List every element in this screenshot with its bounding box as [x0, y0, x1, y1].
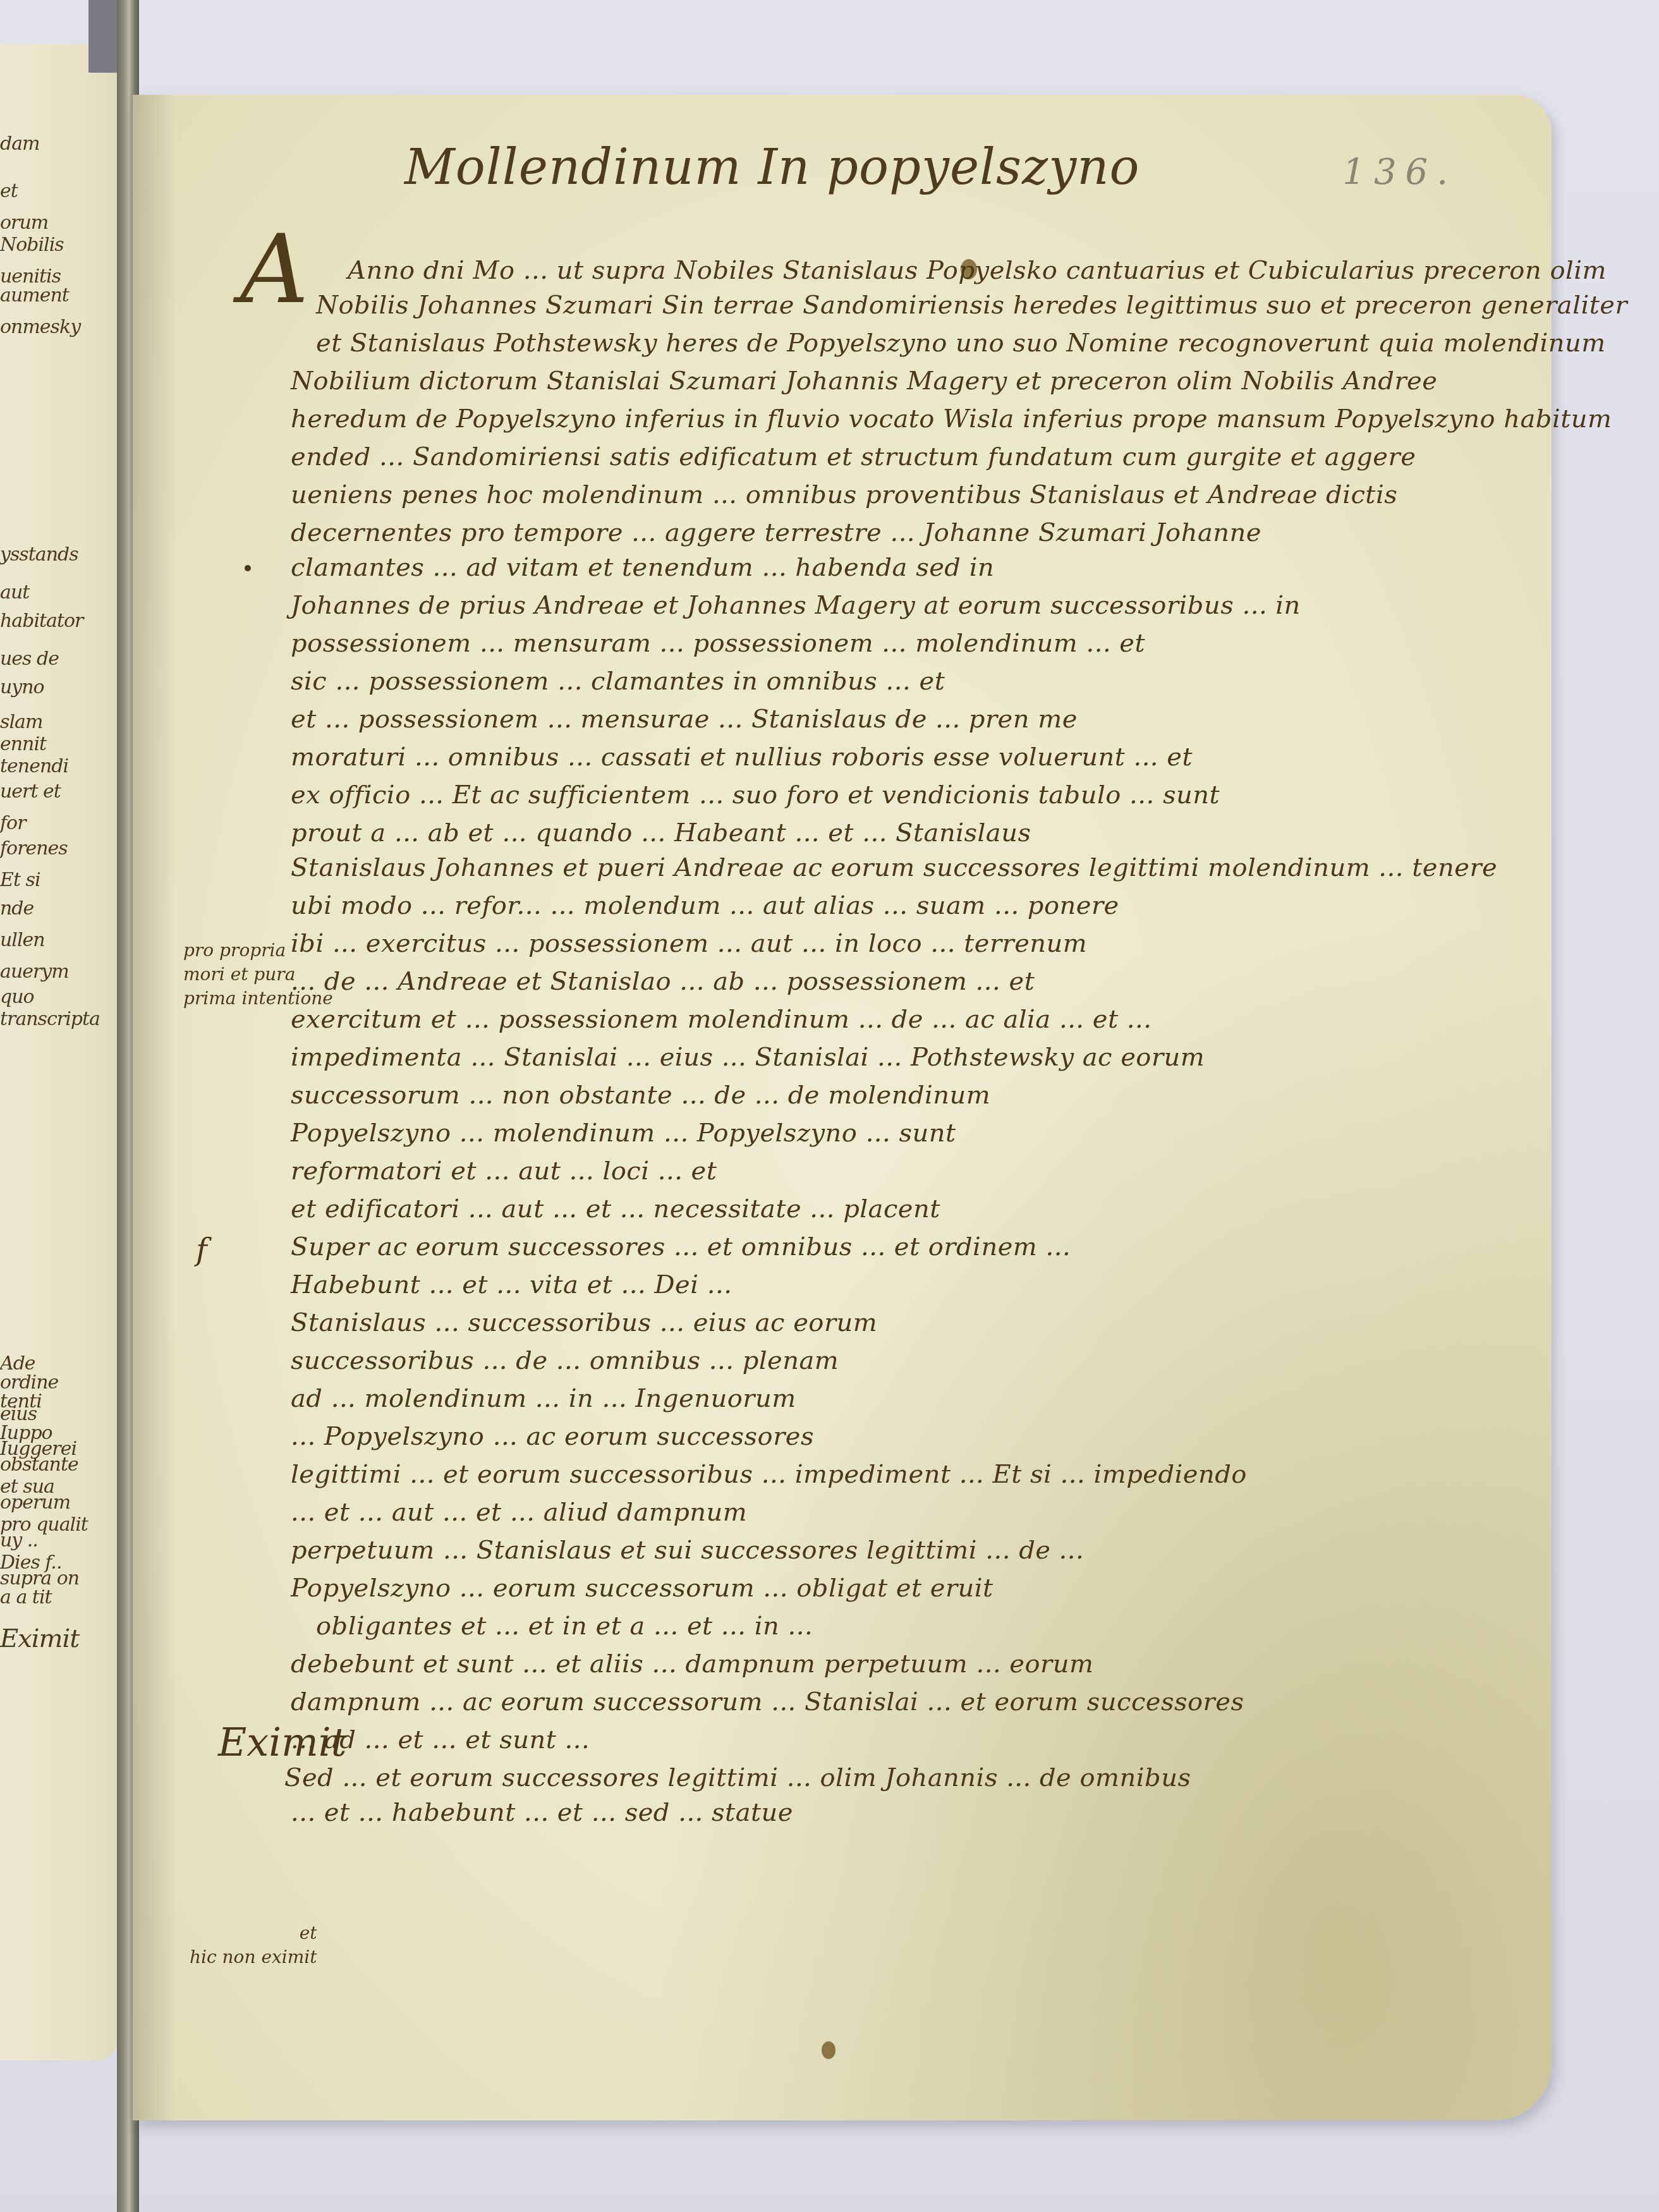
left-fragment: uyno [0, 676, 44, 698]
text-line: Anno dni Mo ... ut supra Nobiles Stanisl… [348, 256, 1607, 285]
text-line: ... et ... habebunt ... et ... sed ... s… [291, 1798, 793, 1827]
left-fragment: a a tit [0, 1586, 52, 1608]
text-line: successoribus ... de ... omnibus ... ple… [291, 1346, 839, 1375]
text-line: ibi ... exercitus ... possessionem ... a… [291, 929, 1087, 958]
left-fragment: dam [0, 133, 40, 155]
margin-note-eximit: Eximit [218, 1719, 347, 1765]
left-fragment: forenes [0, 837, 68, 860]
left-fragment: transcripta [0, 1008, 100, 1030]
text-line: decernentes pro tempore ... aggere terre… [291, 518, 1261, 547]
text-line: Popyelszyno ... eorum successorum ... ob… [291, 1574, 994, 1603]
left-fragment: ues de [0, 648, 59, 670]
text-line: moraturi ... omnibus ... cassati et null… [291, 743, 1193, 772]
left-fragment: aut [0, 581, 29, 604]
text-line: legittimi ... et eorum successoribus ...… [291, 1460, 1247, 1489]
text-line: clamantes ... ad vitam et tenendum ... h… [291, 553, 994, 582]
text-line: Super ac eorum successores ... et omnibu… [291, 1232, 1071, 1261]
text-line: ended ... Sandomiriensi satis edificatum… [291, 442, 1416, 471]
text-line: et ... possessionem ... mensurae ... Sta… [291, 705, 1078, 734]
left-fragment: aument [0, 284, 69, 307]
text-line: obligantes et ... et in et a ... et ... … [316, 1612, 813, 1641]
left-fragment: habitator [0, 610, 83, 632]
text-line: ... et ... aut ... et ... aliud dampnum [291, 1498, 747, 1527]
left-fragment: ennit [0, 733, 46, 755]
text-line: prout a ... ab et ... quando ... Habeant… [291, 818, 1031, 848]
left-fragment: Eximit [0, 1624, 79, 1653]
left-fragment: quo [0, 986, 34, 1008]
left-fragment: ullen [0, 929, 45, 951]
text-line: ex officio ... Et ac sufficientem ... su… [291, 781, 1220, 810]
margin-note-f: f [196, 1232, 207, 1268]
left-fragment: et [0, 180, 18, 202]
ink-blot [822, 2041, 836, 2059]
text-line: dampnum ... ac eorum successorum ... Sta… [291, 1687, 1244, 1717]
text-line: ubi modo ... refor... ... molendum ... a… [291, 891, 1119, 920]
text-line: Popyelszyno ... molendinum ... Popyelszy… [291, 1119, 956, 1148]
left-fragment: onmesky [0, 316, 80, 338]
left-fragment: auerym [0, 961, 69, 983]
text-line: impedimenta ... Stanislai ... eius ... S… [291, 1043, 1205, 1072]
text-line: sic ... possessionem ... clamantes in om… [291, 667, 945, 696]
left-fragment: orum [0, 212, 48, 234]
text-line: et edificatori ... aut ... et ... necess… [291, 1194, 940, 1224]
manuscript-page: 136. Mollendinum In popyelszyno A Anno d… [133, 95, 1552, 2120]
left-fragment: slam [0, 711, 42, 733]
text-line: heredum de Popyelszyno inferius in fluvi… [291, 404, 1612, 434]
text-line: debebunt et sunt ... et aliis ... dampnu… [291, 1650, 1093, 1679]
left-fragment: operum [0, 1492, 70, 1514]
text-line: successorum ... non obstante ... de ... … [291, 1081, 990, 1110]
left-fragment: Et si [0, 869, 40, 891]
left-fragment: ysstands [0, 544, 78, 566]
text-line: ... Popyelszyno ... ac eorum successores [291, 1422, 814, 1451]
margin-note-hic-non-eximit: et hic non eximit [190, 1921, 317, 1969]
margin-note-pro-propria: pro propria mori et pura prima intention… [183, 939, 333, 1011]
left-fragment: Nobilis [0, 234, 64, 256]
text-line: reformatori et ... aut ... loci ... et [291, 1157, 717, 1186]
text-line: Stanislaus ... successoribus ... eius ac… [291, 1308, 877, 1337]
left-fragment: tenendi [0, 755, 68, 777]
text-line: Sed ... et eorum successores legittimi .… [284, 1763, 1191, 1792]
text-line: ... de ... Andreae et Stanislao ... ab .… [291, 967, 1035, 996]
text-line: Nobilis Johannes Szumari Sin terrae Sand… [316, 291, 1627, 320]
text-line: ad ... molendinum ... in ... Ingenuorum [291, 1384, 796, 1413]
text-line: et Stanislaus Pothstewsky heres de Popye… [316, 329, 1606, 358]
folio-number: 136. [1342, 152, 1457, 193]
page-heading: Mollendinum In popyelszyno [404, 139, 1139, 196]
text-line: ueniens penes hoc molendinum ... omnibus… [291, 480, 1397, 509]
left-fragment: for [0, 812, 26, 834]
text-line: Nobilium dictorum Stanislai Szumari Joha… [291, 367, 1437, 396]
gutter-shadow [133, 95, 177, 2120]
ink-dot [245, 565, 251, 571]
left-fragment: obstante [0, 1454, 78, 1476]
left-fragment: nde [0, 897, 33, 920]
text-line: Johannes de prius Andreae et Johannes Ma… [291, 591, 1301, 620]
left-fragment: uert et [0, 781, 61, 803]
left-page-verso: dam et orum Nobilis uenitis aument onmes… [0, 44, 117, 2060]
text-line: perpetuum ... Stanislaus et sui successo… [291, 1536, 1084, 1565]
text-line: Habebunt ... et ... vita et ... Dei ... [291, 1270, 732, 1299]
left-fragment: uy .. [0, 1529, 38, 1552]
text-line: possessionem ... mensuram ... possession… [291, 629, 1145, 658]
text-line: exercitum et ... possessionem molendinum… [291, 1005, 1152, 1034]
text-line: Stanislaus Johannes et pueri Andreae ac … [291, 853, 1497, 882]
decorated-initial: A [240, 215, 308, 325]
